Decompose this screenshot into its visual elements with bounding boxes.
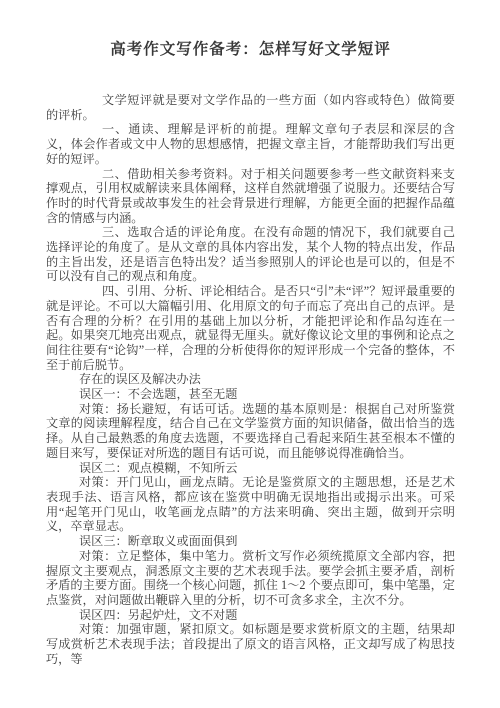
document-page: 高考作文写作备考：怎样写好文学短评 文学短评就是要对文学作品的一些方面（如内容或…: [0, 0, 500, 708]
paragraph-misunderstanding-2: 误区二：观点模糊，不知所云: [46, 461, 455, 476]
document-title: 高考作文写作备考：怎样写好文学短评: [46, 40, 455, 60]
paragraph-misunderstanding-1: 误区一：不会选题，甚至无题: [46, 387, 455, 402]
paragraph-countermeasure-3: 对策：立足整体，集中笔力。赏析文写作必须统揽原文全部内容，把握原文主要观点，洞悉…: [46, 549, 455, 608]
paragraph-countermeasure-2: 对策：开门见山，画龙点睛。无论是鉴赏原文的主题思想，还是艺术表现手法、语言风格，…: [46, 475, 455, 534]
paragraph-point-2: 二、借助相关参考资料。对于相关问题要参考一些文献资料来支撑观点，引用权威解读来具…: [46, 167, 455, 226]
paragraph-point-1: 一、通读、理解是评析的前提。理解文章句子表层和深层的含义，体会作者或文中人物的思…: [46, 122, 455, 166]
paragraph-point-4: 四、引用、分析、评论相结合。是否只“引”未“评”？短评最重要的就是评论。不可以大…: [46, 284, 455, 372]
paragraph-intro: 文学短评就是要对文学作品的一些方面（如内容或特色）做简要的评析。: [46, 93, 455, 122]
document-body: 文学短评就是要对文学作品的一些方面（如内容或特色）做简要的评析。 一、通读、理解…: [46, 93, 455, 666]
document-content: 高考作文写作备考：怎样写好文学短评 文学短评就是要对文学作品的一些方面（如内容或…: [0, 0, 500, 666]
paragraph-countermeasure-1: 对策：扬长避短，有话可话。选题的基本原则是：根据自己对所鉴赏文章的阅读理解程度，…: [46, 402, 455, 461]
paragraph-misunderstanding-3: 误区三：断章取义或面面俱到: [46, 534, 455, 549]
section-heading-misunderstandings: 存在的误区及解决办法: [46, 372, 455, 387]
paragraph-countermeasure-4: 对策：加强审题，紧扣原文。如标题是要求赏析原文的主题，结果却写成赏析艺术表现手法…: [46, 622, 455, 666]
paragraph-point-3: 三、选取合适的评论角度。在没有命题的情况下，我们就要自己选择评论的角度了。是从文…: [46, 225, 455, 284]
paragraph-misunderstanding-4: 误区四：另起炉灶，文不对题: [46, 608, 455, 623]
